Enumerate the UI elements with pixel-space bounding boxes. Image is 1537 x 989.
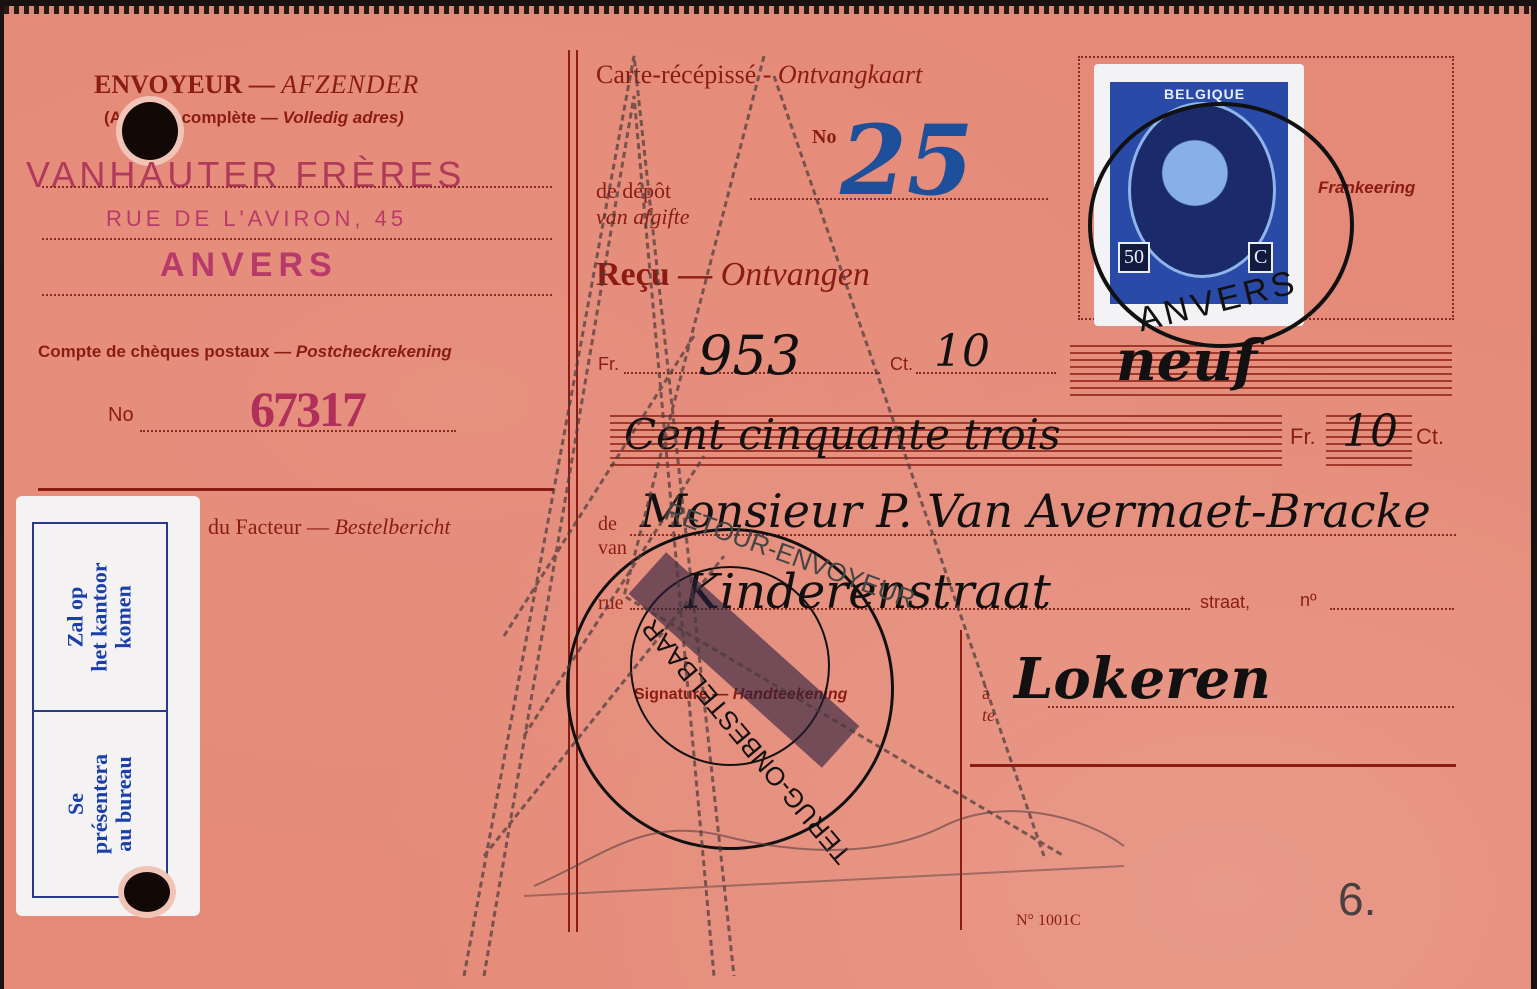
- notice-fr-text: Se présentera au bureau: [64, 754, 136, 854]
- street-label-nl: straat,: [1200, 592, 1250, 613]
- notice-sticker: Zal op het kantoor komen Se présentera a…: [16, 496, 200, 916]
- deposit-label-fr: de dépôt: [596, 178, 689, 204]
- receipt-title: Carte-récépissé - Ontvangkaart: [596, 60, 922, 90]
- notice-line: au bureau: [112, 754, 136, 854]
- notice-fr: Se présentera au bureau: [34, 712, 166, 896]
- sender-street-stamp: RUE DE L'AVIRON, 45: [106, 206, 407, 232]
- punch-hole: [122, 102, 178, 160]
- punch-hole: [124, 872, 170, 912]
- deposit-no-label: No: [812, 126, 836, 149]
- account-label-nl: Postcheckrekening: [296, 342, 452, 361]
- words-francs-label: Fr.: [1290, 424, 1316, 450]
- notice-line: présentera: [88, 754, 112, 854]
- city-label: à te: [982, 682, 995, 726]
- received-fr: Reçu: [596, 256, 670, 293]
- postman-note-fr: du Facteur: [208, 514, 301, 539]
- separator: —: [274, 342, 291, 361]
- separator: -: [763, 60, 772, 89]
- separator: —: [307, 514, 329, 539]
- vertical-rule: [960, 630, 962, 930]
- dotted-line: [42, 238, 552, 240]
- dotted-line: [1330, 608, 1454, 610]
- separator: —: [249, 70, 275, 99]
- deposit-number-handwritten: 25: [840, 104, 974, 217]
- receipt-title-fr: Carte-récépissé: [596, 60, 756, 89]
- notice-line: komen: [112, 562, 136, 671]
- divider: [38, 488, 554, 491]
- notice-line: Zal op: [64, 562, 88, 671]
- separator: —: [261, 108, 278, 127]
- receipt-title-nl: Ontvangkaart: [778, 60, 922, 89]
- notice-line: het kantoor: [88, 562, 112, 671]
- from-label-fr: de: [598, 512, 627, 536]
- divider: [970, 764, 1456, 767]
- dotted-line: [42, 186, 552, 188]
- city-label-nl: te: [982, 704, 995, 726]
- postman-note-label: du Facteur — Bestelbericht: [208, 514, 451, 540]
- deposit-label: de dépôt van afgifte: [596, 178, 689, 230]
- vertical-rule: [568, 50, 570, 932]
- postman-note-nl: Bestelbericht: [334, 514, 450, 539]
- account-no-label: No: [108, 404, 134, 427]
- postal-receipt-card: ENVOYEUR — AFZENDER (Adresse complète — …: [4, 6, 1531, 989]
- account-label: Compte de chèques postaux — Postcheckrek…: [38, 342, 452, 362]
- notice-nl: Zal op het kantoor komen: [34, 524, 166, 712]
- received-nl: Ontvangen: [721, 256, 870, 293]
- city-label-fr: à: [982, 682, 995, 704]
- city-handwritten: Lokeren: [1014, 646, 1271, 712]
- sender-heading: ENVOYEUR — AFZENDER: [94, 70, 419, 100]
- received-heading: Reçu — Ontvangen: [596, 256, 870, 294]
- perforated-edge: [4, 6, 1531, 14]
- account-label-fr: Compte de chèques postaux: [38, 342, 269, 361]
- account-number-stamp: 67317: [250, 380, 365, 438]
- deposit-label-nl: van afgifte: [596, 204, 689, 230]
- dotted-line: [42, 294, 552, 296]
- notice-nl-text: Zal op het kantoor komen: [64, 562, 136, 671]
- sender-name-stamp: VANHAUTER FRÈRES: [26, 154, 465, 196]
- notice-line: Se: [64, 754, 88, 854]
- amount-francs-handwritten: 953: [698, 324, 801, 387]
- subheading-nl: Volledig adres): [283, 108, 404, 127]
- separator: —: [678, 256, 712, 293]
- words-cents-label: Ct.: [1416, 424, 1444, 450]
- pencil-mark: 6.: [1338, 872, 1376, 926]
- stamp-country: BELGIQUE: [1164, 86, 1245, 102]
- amount-cents-handwritten: 10: [934, 326, 990, 377]
- words-cents-handwritten: 10: [1342, 406, 1398, 457]
- sender-city-stamp: ANVERS: [160, 246, 338, 285]
- from-label-nl: van: [598, 536, 627, 560]
- from-label: de van: [598, 512, 627, 560]
- cents-label: Ct.: [890, 354, 913, 375]
- form-number: N° 1001C: [1016, 912, 1081, 930]
- notice-sticker-frame: Zal op het kantoor komen Se présentera a…: [32, 522, 168, 898]
- sender-heading-fr: ENVOYEUR: [94, 70, 242, 99]
- number-label: nº: [1300, 590, 1317, 611]
- amount-words-line2: Cent cinquante trois: [624, 410, 1061, 459]
- francs-label: Fr.: [598, 354, 619, 375]
- vertical-rule: [576, 50, 578, 932]
- sender-heading-nl: AFZENDER: [281, 70, 419, 99]
